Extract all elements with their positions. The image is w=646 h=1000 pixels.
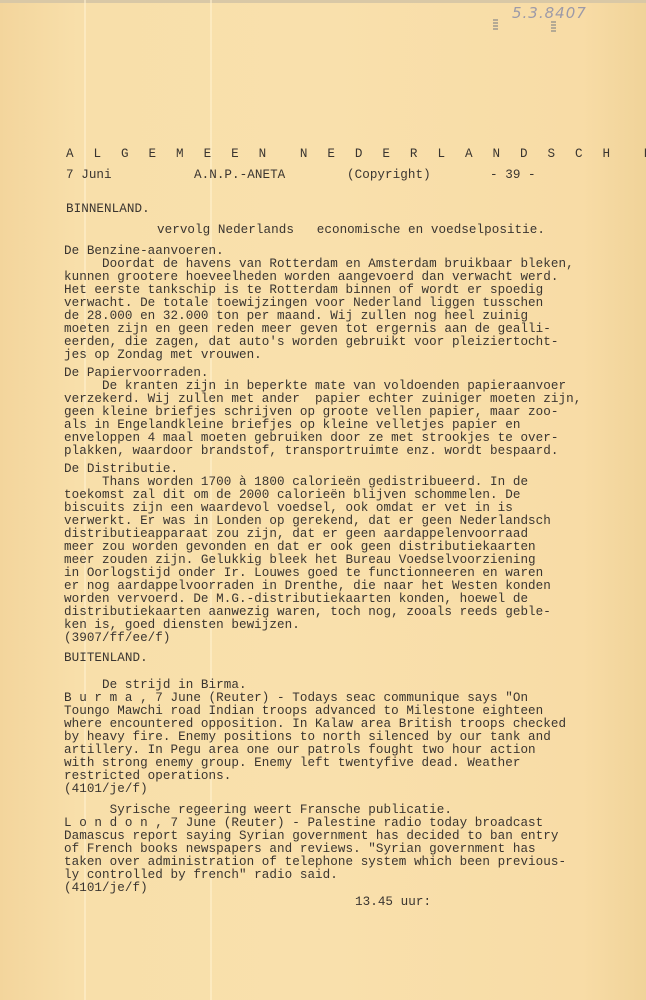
reference-code: (4101/je/f) [64,882,148,895]
paragraph-line: jes op Zondag met vrouwen. [64,349,262,362]
section-subtitle: vervolg Nederlands economische en voedse… [157,224,545,237]
punch-mark-icon [493,18,498,30]
header-source: A.N.P.-ANETA [194,169,285,182]
agency-title: A L G E M E E N N E D E R L A N D S C H … [66,148,646,161]
timestamp: 13.45 uur: [355,896,431,909]
punch-mark-icon [551,20,556,32]
section-heading-binnenland: BINNENLAND. [66,203,150,216]
header-date: 7 Juni [66,169,112,182]
reference-code: (3907/ff/ee/f) [64,632,171,645]
header-copyright: (Copyright) [347,169,431,182]
document-page: 5.3.8407 A L G E M E E N N E D E R L A N… [0,0,646,1000]
paragraph-line: plakken, waardoor brandstof, transportru… [64,445,559,458]
reference-code: (4101/je/f) [64,783,148,796]
handwritten-archive-number: 5.3.8407 [512,4,587,22]
page-number: - 39 - [490,169,536,182]
section-heading-buitenland: BUITENLAND. [64,652,148,665]
